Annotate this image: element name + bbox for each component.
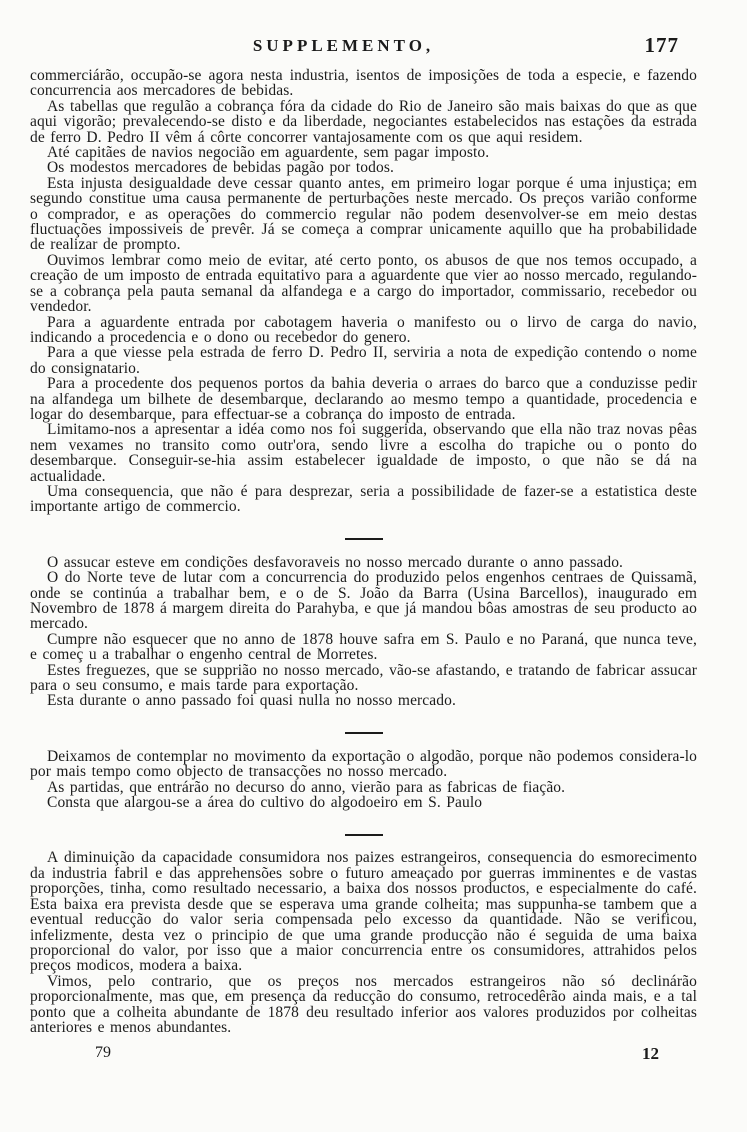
paragraph: As tabellas que regulão a cobrança fóra …	[30, 99, 697, 145]
scanned-document-page: SUPPLEMENTO, 177 commerciárão, occupão-s…	[0, 0, 747, 1132]
paragraph: Os modestos mercadores de bebidas pagão …	[30, 160, 697, 175]
footer-folio-number: 12	[642, 1044, 659, 1064]
paragraph: A diminuição da capacidade consumidora n…	[30, 850, 697, 973]
page-footer: 79 12	[0, 1044, 747, 1066]
document-sections: commerciárão, occupão-se agora nesta ind…	[0, 66, 747, 1035]
running-head: SUPPLEMENTO, 177	[0, 36, 747, 66]
paragraph: Esta durante o anno passado foi quasi nu…	[30, 693, 697, 708]
paragraph: Limitamo-nos a apresentar a idéa como no…	[30, 422, 697, 484]
page-number: 177	[645, 33, 680, 58]
paragraph: O assucar esteve em condições desfavorav…	[30, 555, 697, 570]
footer-signature-number: 79	[95, 1044, 111, 1062]
paragraph: Esta injusta desigualdade deve cessar qu…	[30, 176, 697, 253]
paragraph: Até capitães de navios negocião em aguar…	[30, 145, 697, 160]
paragraph: Cumpre não esquecer que no anno de 1878 …	[30, 632, 697, 663]
paragraph: O do Norte teve de lutar com a concurren…	[30, 570, 697, 632]
paragraph: commerciárão, occupão-se agora nesta ind…	[30, 68, 697, 99]
divider-rule	[345, 732, 383, 734]
section-divider	[30, 530, 697, 538]
page-title: SUPPLEMENTO,	[0, 36, 687, 56]
divider-rule	[345, 538, 383, 540]
paragraph: Consta que alargou-se a área do cultivo …	[30, 795, 697, 810]
paragraph: Vimos, pelo contrario, que os preços nos…	[30, 974, 697, 1036]
paragraph: Uma consequencia, que não é para desprez…	[30, 484, 697, 515]
paragraph: As partidas, que entrárão no decurso do …	[30, 780, 697, 795]
divider-rule	[345, 834, 383, 836]
paragraph: Deixamos de contemplar no movimento da e…	[30, 749, 697, 780]
paragraph: Para a aguardente entrada por cabotagem …	[30, 315, 697, 346]
paragraph: Para a procedente dos pequenos portos da…	[30, 376, 697, 422]
section-divider	[30, 825, 697, 833]
section-divider	[30, 724, 697, 732]
paragraph: Estes freguezes, que se supprião no noss…	[30, 663, 697, 694]
paragraph: Ouvimos lembrar como meio de evitar, até…	[30, 253, 697, 315]
paragraph: Para a que viesse pela estrada de ferro …	[30, 345, 697, 376]
